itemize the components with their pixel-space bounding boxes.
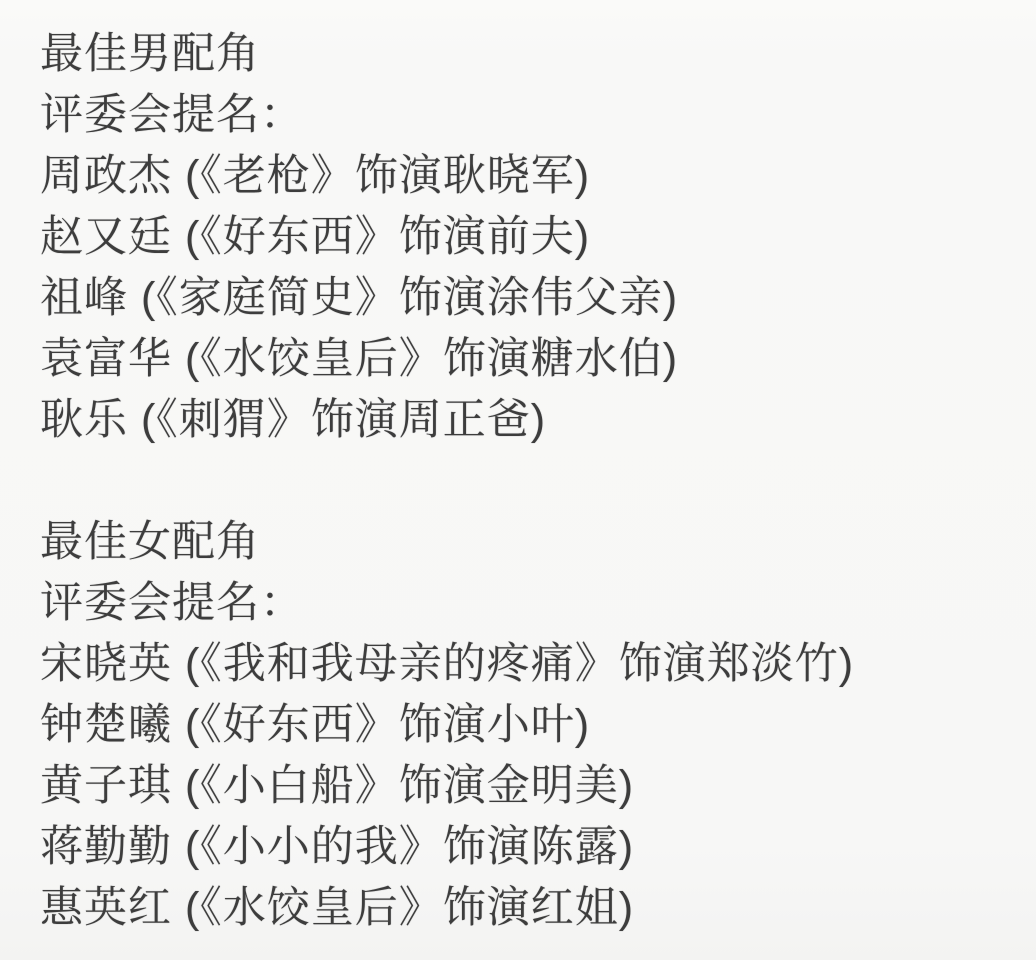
nominee-line: 周政杰 (《老枪》饰演耿晓军) [40,146,1006,207]
section-title-best-supporting-actor: 最佳男配角 [40,24,1006,85]
nominee-line: 黄子琪 (《小白船》饰演金明美) [40,756,1006,817]
jury-nomination-subtitle: 评委会提名： [40,573,1006,634]
nominee-line: 宋晓英 (《我和我母亲的疼痛》饰演郑淡竹) [40,634,1006,695]
nominee-line: 袁富华 (《水饺皇后》饰演糖水伯) [40,329,1006,390]
jury-nomination-subtitle: 评委会提名： [40,85,1006,146]
section-title-best-supporting-actress: 最佳女配角 [40,512,1006,573]
nominee-line: 耿乐 (《刺猬》饰演周正爸) [40,390,1006,451]
nominee-line: 钟楚曦 (《好东西》饰演小叶) [40,695,1006,756]
section-best-supporting-actor: 最佳男配角 评委会提名： 周政杰 (《老枪》饰演耿晓军) 赵又廷 (《好东西》饰… [40,24,1006,451]
nominee-line: 惠英红 (《水饺皇后》饰演红姐) [40,878,1006,939]
nominations-document: 最佳男配角 评委会提名： 周政杰 (《老枪》饰演耿晓军) 赵又廷 (《好东西》饰… [0,0,1036,960]
nominee-line: 蒋勤勤 (《小小的我》饰演陈露) [40,817,1006,878]
section-separator [40,451,1006,512]
section-best-supporting-actress: 最佳女配角 评委会提名： 宋晓英 (《我和我母亲的疼痛》饰演郑淡竹) 钟楚曦 (… [40,512,1006,939]
nominee-line: 祖峰 (《家庭简史》饰演涂伟父亲) [40,268,1006,329]
nominee-line: 赵又廷 (《好东西》饰演前夫) [40,207,1006,268]
